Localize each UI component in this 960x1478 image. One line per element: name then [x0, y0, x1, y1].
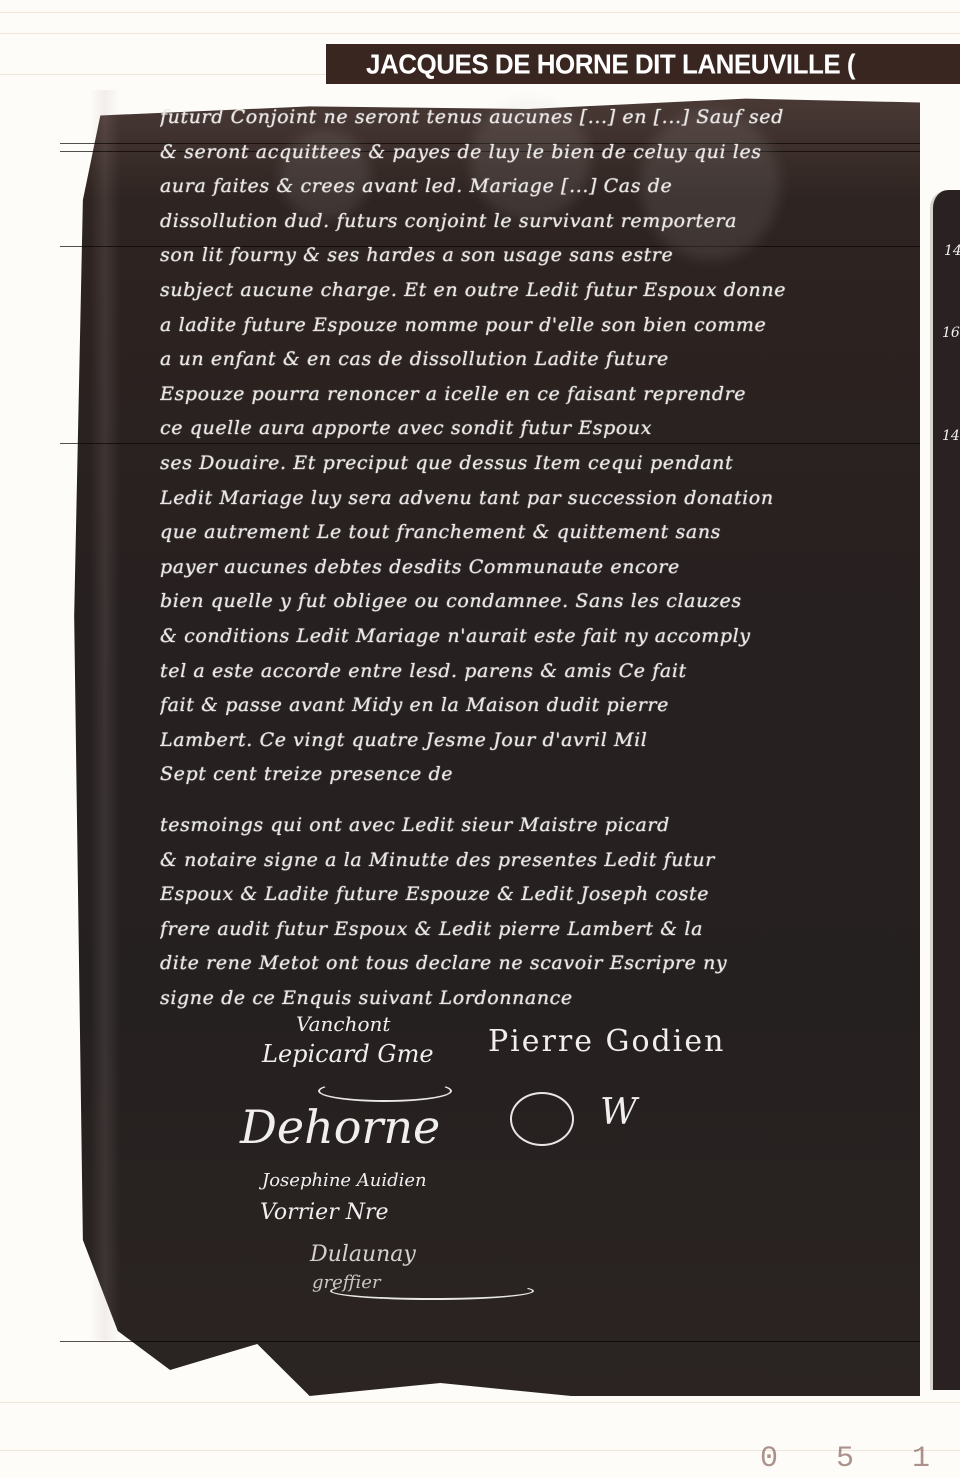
- text-line: que autrement Le tout franchement & quit…: [160, 515, 890, 550]
- text-line: ses Douaire. Et preciput que dessus Item…: [160, 446, 890, 481]
- text-line: subject aucune charge. Et en outre Ledit…: [160, 273, 890, 308]
- text-line: Lambert. Ce vingt quatre Jesme Jour d'av…: [160, 723, 890, 758]
- margin-number: 16: [942, 325, 960, 341]
- text-line: dissollution dud. futurs conjoint le sur…: [160, 204, 890, 239]
- signature: Dulaunay: [310, 1242, 416, 1267]
- text-line: a un enfant & en cas de dissollution Lad…: [160, 342, 890, 377]
- text-line: Espoux & Ladite future Espouze & Ledit J…: [160, 877, 890, 912]
- facing-page-edge: [930, 190, 960, 1390]
- text-line: signe de ce Enquis suivant Lordonnance: [160, 981, 890, 1016]
- signature: Dehorne: [240, 1100, 440, 1154]
- notary-seal-mark: [510, 1092, 574, 1146]
- text-line: futurd Conjoint ne seront tenus aucunes …: [160, 100, 890, 135]
- signature: Josephine Auidien: [262, 1170, 427, 1191]
- signature-flourish: [330, 1282, 534, 1300]
- title-banner: JACQUES DE HORNE DIT LANEUVILLE (: [326, 44, 960, 84]
- frame-digit: 5: [836, 1440, 856, 1478]
- frame-digit: 0: [760, 1440, 780, 1478]
- handwritten-closing: tesmoings qui ont avec Ledit sieur Maist…: [160, 808, 890, 1016]
- margin-number: 14: [944, 243, 960, 259]
- text-line: bien quelle y fut obligee ou condamnee. …: [160, 584, 890, 619]
- text-line: & conditions Ledit Mariage n'aurait este…: [160, 619, 890, 654]
- handwritten-body: futurd Conjoint ne seront tenus aucunes …: [160, 100, 890, 792]
- signature: Vorrier Nre: [260, 1200, 389, 1225]
- text-line: Ledit Mariage luy sera advenu tant par s…: [160, 481, 890, 516]
- scan-artifact: [0, 1402, 960, 1403]
- text-line: ce quelle aura apporte avec sondit futur…: [160, 411, 890, 446]
- text-line: dite rene Metot ont tous declare ne scav…: [160, 946, 890, 981]
- text-line: fait & passe avant Midy en la Maison dud…: [160, 688, 890, 723]
- signature: Lepicard Gme: [262, 1040, 434, 1068]
- page-edge: [90, 90, 120, 1340]
- scan-artifact: [0, 12, 960, 13]
- signature: Vanchont: [296, 1012, 390, 1036]
- text-line: son lit fourny & ses hardes a son usage …: [160, 238, 890, 273]
- text-line: tesmoings qui ont avec Ledit sieur Maist…: [160, 808, 890, 843]
- frame-digit: 1: [912, 1440, 932, 1478]
- margin-number: 14: [942, 428, 960, 444]
- text-line: Sept cent treize presence de: [160, 757, 890, 792]
- text-line: a ladite future Espouze nomme pour d'ell…: [160, 308, 890, 343]
- text-line: & notaire signe a la Minutte des present…: [160, 843, 890, 878]
- text-line: payer aucunes debtes desdits Communaute …: [160, 550, 890, 585]
- text-line: frere audit futur Espoux & Ledit pierre …: [160, 912, 890, 947]
- ruled-line: [60, 1341, 920, 1342]
- signature: Pierre Godien: [488, 1024, 725, 1059]
- text-line: aura faites & crees avant led. Mariage […: [160, 169, 890, 204]
- document-title: JACQUES DE HORNE DIT LANEUVILLE (: [366, 48, 855, 81]
- text-line: Espouze pourra renoncer a icelle en ce f…: [160, 377, 890, 412]
- signature-mark: W: [600, 1092, 637, 1133]
- scan-artifact: [0, 33, 960, 34]
- text-line: & seront acquittees & payes de luy le bi…: [160, 135, 890, 170]
- frame-number: 0 5 1: [760, 1440, 960, 1478]
- signature-flourish: [318, 1080, 452, 1102]
- text-line: tel a este accorde entre lesd. parens & …: [160, 654, 890, 689]
